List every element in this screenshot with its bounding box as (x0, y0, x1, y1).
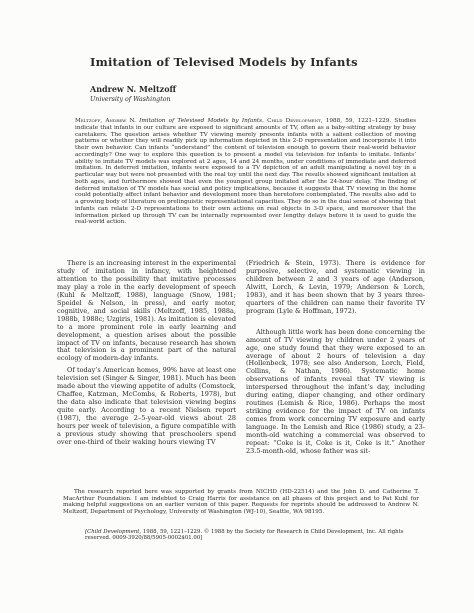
author-name: Andrew N. Meltzoff (90, 84, 176, 94)
abstract-citation-ref: 1988, 59, 1221–1229. (326, 118, 391, 124)
body-column-left: There is an increasing interest in the e… (57, 260, 236, 480)
paragraph-right-2: Although little work has been done conce… (246, 329, 425, 456)
page-title: Imitation of Televised Models by Infants (90, 55, 358, 69)
abstract-citation-journal: Child Development, (267, 118, 322, 124)
abstract-body: Studies indicate that infants in our cul… (75, 118, 416, 225)
copyright-line: [Child Development, 1988, 59, 1221–1229.… (85, 529, 422, 542)
body-columns: There is an increasing interest in the e… (57, 260, 425, 480)
body-column-right: (Friedrich & Stein, 1973). There is evid… (246, 260, 425, 480)
abstract-citation-title: Imitation of Televised Models by Infants… (139, 118, 264, 124)
paragraph-right-1: (Friedrich & Stein, 1973). There is evid… (246, 260, 425, 316)
footnote-acknowledgment: The research reported here was supported… (63, 489, 419, 516)
author-block: Andrew N. Meltzoff University of Washing… (90, 84, 176, 103)
paragraph-left-1: There is an increasing interest in the e… (57, 260, 236, 363)
journal-article-page: Imitation of Televised Models by Infants… (0, 0, 474, 613)
abstract-citation-author: Meltzoff, Andrew N. (75, 118, 136, 124)
title-block: Imitation of Televised Models by Infants (90, 55, 358, 69)
author-affiliation: University of Washington (90, 96, 176, 103)
copyright-journal: [Child Development, (85, 529, 141, 535)
abstract: Meltzoff, Andrew N. Imitation of Televis… (75, 118, 416, 226)
paragraph-left-2: Of today’s American homes, 99% have at l… (57, 367, 236, 447)
